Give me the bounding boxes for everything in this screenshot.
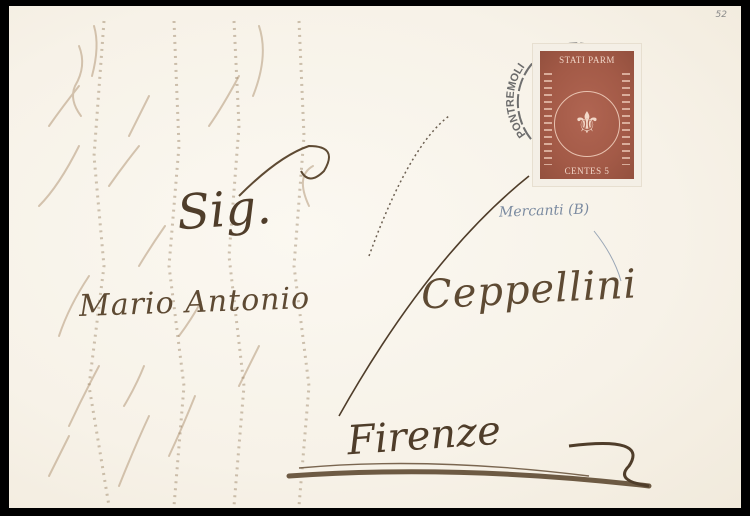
stamp-medallion: ⚜ <box>554 91 620 157</box>
addressee-first-names: Mario Antonio <box>79 284 311 322</box>
fleur-de-lis-icon: ⚜ <box>555 106 619 141</box>
corner-mark: 52 <box>716 10 727 20</box>
stamp-top-label: STATI PARM <box>540 55 634 65</box>
stamp-border-left <box>544 73 552 165</box>
stamp-border-right <box>622 73 630 165</box>
destination-city: Firenze <box>346 411 502 462</box>
stamp-value-label: CENTES 5 <box>540 166 634 176</box>
stamp-design: STATI PARM ⚜ CENTES 5 <box>540 51 634 179</box>
postage-stamp: STATI PARM ⚜ CENTES 5 <box>533 44 641 186</box>
letter-cover: Sig. Mario Antonio Ceppellini Firenze Me… <box>9 6 741 508</box>
pencil-annotation: Mercanti (B) <box>499 202 590 219</box>
salutation: Sig. <box>175 183 272 237</box>
addressee-surname: Ceppellini <box>420 264 638 315</box>
